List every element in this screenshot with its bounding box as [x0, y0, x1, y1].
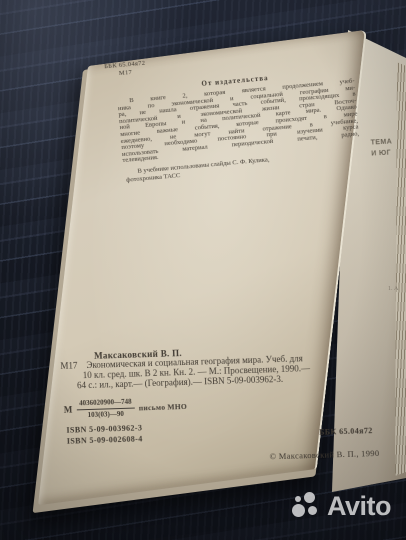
left-page-upper-text: ББК 65.04я72 М17 От издательства В книге…	[96, 41, 368, 186]
formula-fraction: 4036020900—748 103(03)—90	[76, 398, 135, 420]
print-order-formula: М 4036020900—748 103(03)—90 письмо МНО	[64, 390, 378, 420]
avito-wordmark: Avito	[327, 493, 391, 520]
right-page-list-fragment: 1. А	[388, 286, 398, 292]
avito-watermark: Avito	[292, 492, 391, 520]
formula-suffix: письмо МНО	[139, 402, 188, 413]
bbk-footer: ББК 65.04я72	[319, 426, 373, 437]
copyright-line: © Максаковский В. П., 1990	[269, 448, 379, 461]
formula-prefix: М	[64, 405, 73, 415]
right-page-heading-fragment: ТЕМА И ЮГ	[370, 136, 393, 159]
left-page-imprint-block: Максаковский В. П. М17 Экономическая и с…	[56, 342, 380, 482]
book-photo: ББК 65.04я72 М17 От издательства В книге…	[0, 0, 406, 540]
right-page-heading-line: И ЮГ	[371, 147, 393, 159]
formula-denominator: 103(03)—90	[76, 408, 135, 419]
avito-logo-icon	[292, 492, 322, 520]
